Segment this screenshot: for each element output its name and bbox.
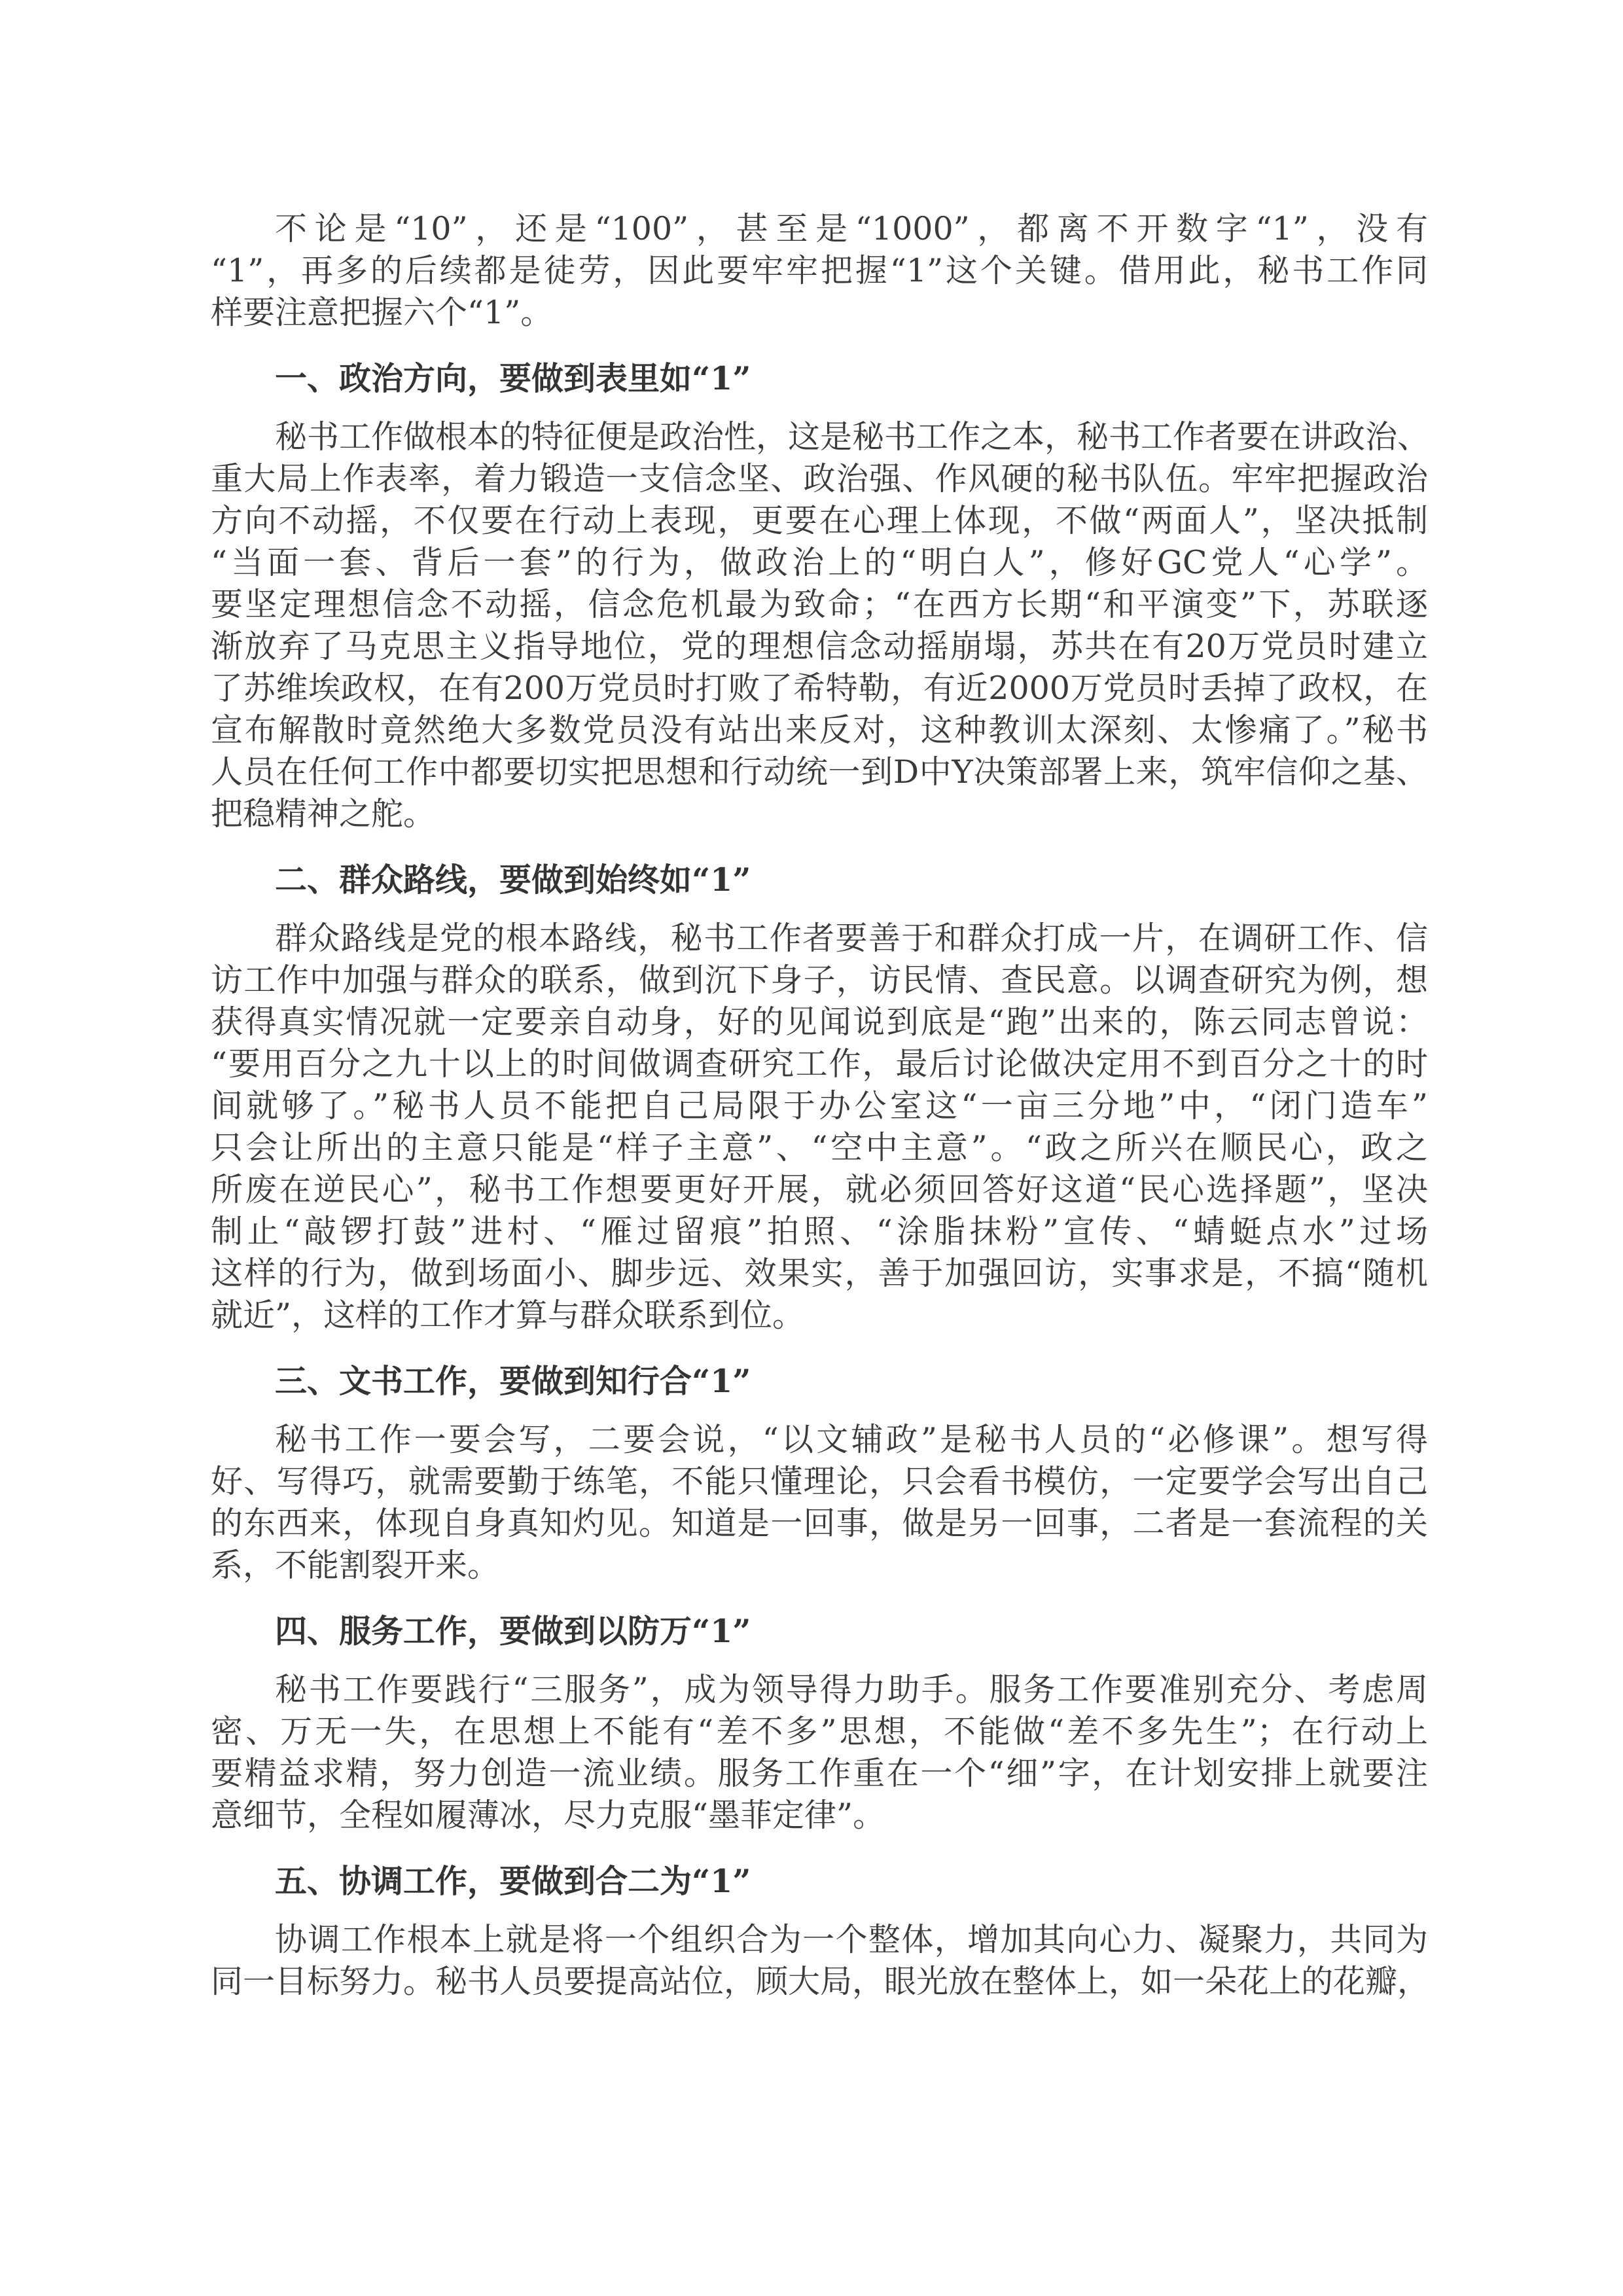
section-3-paragraph: 秘书工作一要会写，二要会说，“以文辅政”是秘书人员的“必修课”。想写得 好、写得… bbox=[211, 1419, 1428, 1587]
text-line: 渐放弃了马克思主义指导地位，党的理想信念动摇崩塌，苏共在有20万党员时建立 bbox=[211, 626, 1428, 668]
text-line: 协调工作根本上就是将一个组织合为一个整体，增加其向心力、凝聚力，共同为 bbox=[211, 1919, 1428, 1961]
text-line: 不论是“10”，还是“100”，甚至是“1000”，都离不开数字“1”，没有 bbox=[211, 208, 1428, 250]
text-line: 访工作中加强与群众的联系，做到沉下身子，访民情、查民意。以调查研究为例，想 bbox=[211, 960, 1428, 1001]
text-line: “当面一套、背后一套”的行为，做政治上的“明白人”，修好GC党人“心学”。 bbox=[211, 542, 1428, 584]
section-heading-4: 四、服务工作，要做到以防万“1” bbox=[211, 1610, 1428, 1652]
text-line: 获得真实情况就一定要亲自动身，好的见闻说到底是“跑”出来的，陈云同志曾说： bbox=[211, 1001, 1428, 1043]
text-line: 要坚定理想信念不动摇，信念危机最为致命；“在西方长期“和平演变”下，苏联逐 bbox=[211, 584, 1428, 626]
text-line: 就近”，这样的工作才算与群众联系到位。 bbox=[211, 1295, 1428, 1336]
intro-paragraph: 不论是“10”，还是“100”，甚至是“1000”，都离不开数字“1”，没有 “… bbox=[211, 208, 1428, 334]
section-2-paragraph: 群众路线是党的根本路线，秘书工作者要善于和群众打成一片，在调研工作、信 访工作中… bbox=[211, 918, 1428, 1336]
text-line: 制止“敲锣打鼓”进村、“雁过留痕”拍照、“涂脂抹粉”宣传、“蜻蜓点水”过场 bbox=[211, 1211, 1428, 1253]
text-line: “要用百分之九十以上的时间做调查研究工作，最后讨论做决定用不到百分之十的时 bbox=[211, 1043, 1428, 1085]
text-line: 间就够了。”秘书人员不能把自己局限于办公室这“一亩三分地”中，“闭门造车” bbox=[211, 1085, 1428, 1127]
section-heading-3: 三、文书工作，要做到知行合“1” bbox=[211, 1360, 1428, 1402]
text-line: 的东西来，体现自身真知灼见。知道是一回事，做是另一回事，二者是一套流程的关 bbox=[211, 1503, 1428, 1545]
section-heading-2: 二、群众路线，要做到始终如“1” bbox=[211, 859, 1428, 901]
text-line: 重大局上作表率，着力锻造一支信念坚、政治强、作风硬的秘书队伍。牢牢把握政治 bbox=[211, 458, 1428, 500]
section-heading-5: 五、协调工作，要做到合二为“1” bbox=[211, 1860, 1428, 1902]
text-line: 所废在逆民心”，秘书工作想要更好开展，就必须回答好这道“民心选择题”，坚决 bbox=[211, 1169, 1428, 1211]
text-line: 把稳精神之舵。 bbox=[211, 793, 1428, 835]
text-line: 只会让所出的主意只能是“样子主意”、“空中主意”。“政之所兴在顺民心，政之 bbox=[211, 1127, 1428, 1169]
text-line: 方向不动摇，不仅要在行动上表现，更要在心理上体现，不做“两面人”，坚决抵制 bbox=[211, 500, 1428, 542]
text-line: 了苏维埃政权，在有200万党员时打败了希特勒，有近2000万党员时丢掉了政权，在 bbox=[211, 668, 1428, 709]
section-4-paragraph: 秘书工作要践行“三服务”，成为领导得力助手。服务工作要准别充分、考虑周 密、万无… bbox=[211, 1669, 1428, 1837]
document-page: 不论是“10”，还是“100”，甚至是“1000”，都离不开数字“1”，没有 “… bbox=[211, 208, 1428, 2003]
text-line: 这样的行为，做到场面小、脚步远、效果实，善于加强回访，实事求是，不搞“随机 bbox=[211, 1253, 1428, 1295]
text-line: 秘书工作一要会写，二要会说，“以文辅政”是秘书人员的“必修课”。想写得 bbox=[211, 1419, 1428, 1461]
text-line: 群众路线是党的根本路线，秘书工作者要善于和群众打成一片，在调研工作、信 bbox=[211, 918, 1428, 960]
section-heading-1: 一、政治方向，要做到表里如“1” bbox=[211, 357, 1428, 399]
text-line: 要精益求精，努力创造一流业绩。服务工作重在一个“细”字，在计划安排上就要注 bbox=[211, 1753, 1428, 1795]
text-line: 秘书工作要践行“三服务”，成为领导得力助手。服务工作要准别充分、考虑周 bbox=[211, 1669, 1428, 1711]
text-line: 宣布解散时竟然绝大多数党员没有站出来反对，这种教训太深刻、太惨痛了。”秘书 bbox=[211, 709, 1428, 751]
text-line: 好、写得巧，就需要勤于练笔，不能只懂理论，只会看书模仿，一定要学会写出自己 bbox=[211, 1461, 1428, 1503]
text-line: 秘书工作做根本的特征便是政治性，这是秘书工作之本，秘书工作者要在讲政治、 bbox=[211, 416, 1428, 458]
text-line: 系，不能割裂开来。 bbox=[211, 1545, 1428, 1587]
section-1-paragraph: 秘书工作做根本的特征便是政治性，这是秘书工作之本，秘书工作者要在讲政治、 重大局… bbox=[211, 416, 1428, 835]
text-line: 同一目标努力。秘书人员要提高站位，顾大局，眼光放在整体上，如一朵花上的花瓣， bbox=[211, 1961, 1428, 2003]
text-line: 样要注意把握六个“1”。 bbox=[211, 292, 1428, 334]
text-line: “1”，再多的后续都是徒劳，因此要牢牢把握“1”这个关键。借用此，秘书工作同 bbox=[211, 250, 1428, 292]
section-5-paragraph: 协调工作根本上就是将一个组织合为一个整体，增加其向心力、凝聚力，共同为 同一目标… bbox=[211, 1919, 1428, 2003]
text-line: 密、万无一失，在思想上不能有“差不多”思想，不能做“差不多先生”；在行动上 bbox=[211, 1711, 1428, 1753]
text-line: 意细节，全程如履薄冰，尽力克服“墨菲定律”。 bbox=[211, 1795, 1428, 1837]
text-line: 人员在任何工作中都要切实把思想和行动统一到D中Y决策部署上来，筑牢信仰之基、 bbox=[211, 751, 1428, 793]
